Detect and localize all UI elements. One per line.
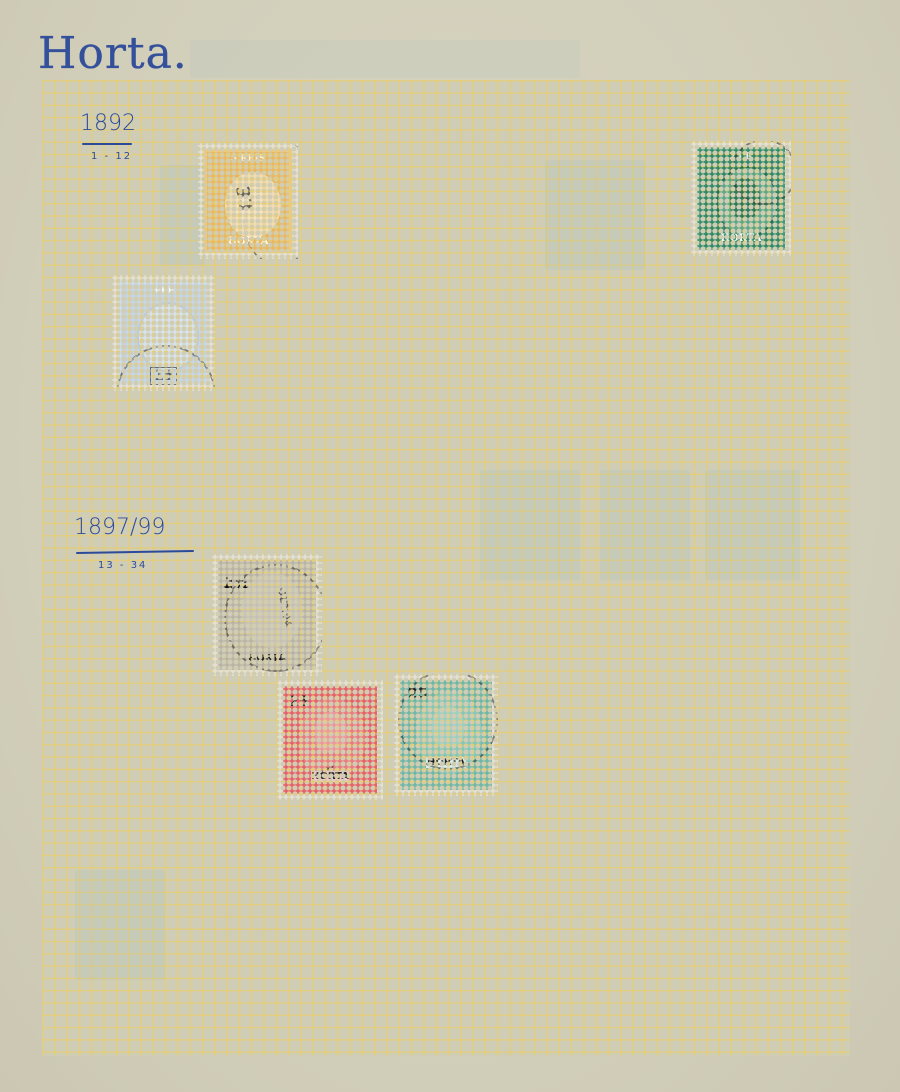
stamp-2-half-reis-grey: 2½ HORTA OUT.04: [212, 554, 322, 676]
ghost-impression: [545, 160, 645, 270]
stamp-25-reis-carmine: 25 HORTA ~: [277, 680, 383, 800]
stamp-25-reis-bluegreen: 25 HORTA: [394, 674, 498, 796]
year-underline: [82, 143, 132, 145]
catalogue-range: 13 - 34: [98, 560, 147, 571]
stamp-50-reis-blue: 50 R 15: [112, 275, 215, 391]
catalogue-range: 1 - 12: [91, 151, 132, 162]
page-title: Horta.: [38, 28, 188, 79]
stamp-5-reis-orange: 5 REIS HORTA 33: [198, 143, 298, 259]
ghost-impression: [600, 470, 690, 580]
ghost-impression: [705, 470, 800, 580]
section-year-1892: 1892: [80, 111, 136, 136]
section-year-1897-99: 1897/99: [74, 515, 165, 540]
ghost-impression: [75, 870, 165, 980]
ghost-impression: [480, 470, 580, 580]
album-page: Horta. 1892 1 - 12 5 REIS HORTA 33 25 R …: [0, 0, 900, 1092]
stamp-25-reis-green: 25 R HORTA: [691, 141, 791, 256]
ghost-impression: [190, 40, 580, 78]
